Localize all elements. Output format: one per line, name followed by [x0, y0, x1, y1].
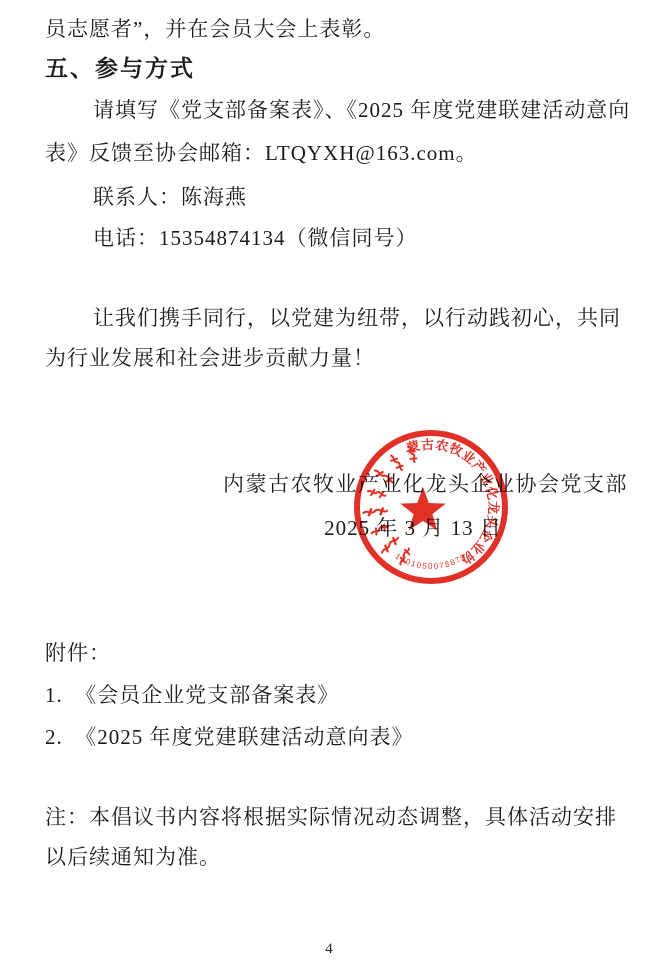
closing-line2: 为行业发展和社会进步贡献力量！ [45, 345, 375, 371]
note-line2: 以后续通知为准。 [45, 844, 221, 870]
attachments-label: 附件： [45, 640, 111, 666]
intro-line: 员志愿者”，并在会员大会上表彰。 [45, 16, 385, 42]
note-line1: 注：本倡议书内容将根据实际情况动态调整，具体活动安排 [45, 804, 617, 830]
paragraph-fill-line1: 请填写《党支部备案表》、《2025 年度党建联建活动意向 [93, 97, 630, 123]
attachment-item: 1. 《会员企业党支部备案表》 [45, 682, 339, 708]
official-seal: 内蒙古农牧业产业化龙头企业协会 1501050078879 [348, 424, 514, 590]
star-icon [400, 487, 446, 530]
closing-line1: 让我们携手同行，以党建为纽带，以行动践初心，共同 [93, 305, 621, 331]
phone-line: 电话：15354874134（微信同号） [93, 225, 418, 251]
attachment-item: 2. 《2025 年度党建联建活动意向表》 [45, 724, 414, 750]
section-heading: 五、参与方式 [45, 54, 195, 83]
contact-person-line: 联系人：陈海燕 [93, 184, 247, 210]
paragraph-fill-line2: 表》反馈至协会邮箱：LTQYXH@163.com。 [45, 140, 478, 166]
page-number: 4 [0, 941, 658, 958]
document-page: 员志愿者”，并在会员大会上表彰。 五、参与方式 请填写《党支部备案表》、《202… [0, 0, 658, 968]
